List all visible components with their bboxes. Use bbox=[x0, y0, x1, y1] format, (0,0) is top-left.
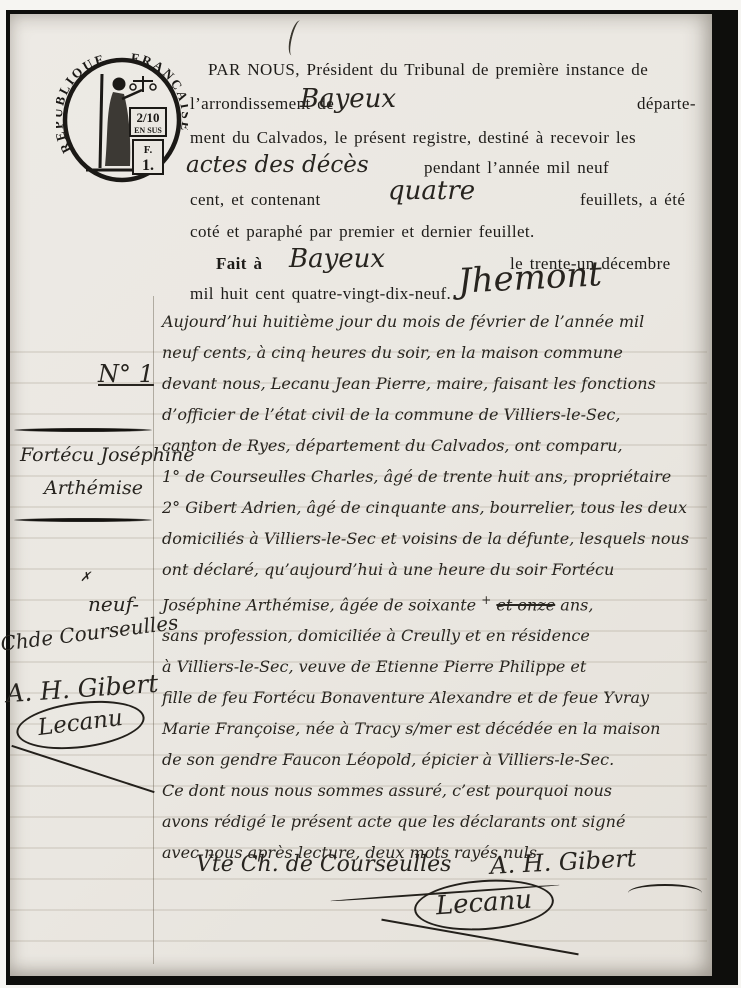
margin-divider-top bbox=[14, 428, 152, 432]
header-line8: mil huit cent quatre-vingt-dix-neuf. bbox=[190, 284, 451, 304]
revenue-stamp-icon: RÉPUBLIQUE FRANÇAISE 2/10 EN SUS F. 1. bbox=[56, 52, 188, 190]
body-line: fille de feu Fortécu Bonaventure Alexand… bbox=[162, 682, 722, 713]
margin-insert-note: neuf- bbox=[88, 592, 139, 616]
stamp-value-tablet: 2/10 EN SUS F. 1. bbox=[130, 108, 166, 174]
body-line: avons rédigé le présent acte que les déc… bbox=[162, 806, 722, 837]
act-body: Aujourd’hui huitième jour du mois de fév… bbox=[162, 306, 722, 868]
header-line2-post: départe- bbox=[637, 94, 696, 114]
fill-fait-a: Bayeux bbox=[289, 244, 385, 274]
body-line: 1° de Courseulles Charles, âgé de trente… bbox=[162, 461, 722, 492]
header-line7-pre: Fait à bbox=[216, 254, 262, 274]
body-line: Ce dont nous nous sommes assuré, c’est p… bbox=[162, 775, 722, 806]
body-line-age-corrected: Joséphine Arthémise, âgée de soixante + … bbox=[162, 585, 722, 620]
age-pre: Joséphine Arthémise, âgée de soixante bbox=[162, 595, 476, 614]
body-line: Aujourd’hui huitième jour du mois de fév… bbox=[162, 306, 722, 337]
body-line: devant nous, Lecanu Jean Pierre, maire, … bbox=[162, 368, 722, 399]
fill-acte-type: actes des décès bbox=[186, 152, 369, 178]
header-line4-post: pendant l’année mil neuf bbox=[424, 158, 609, 178]
mayor-signature-text: Lecanu bbox=[412, 875, 555, 935]
body-line: 2° Gibert Adrien, âgé de cinquante ans, … bbox=[162, 492, 722, 523]
body-line: sans profession, domiciliée à Creully et… bbox=[162, 620, 722, 651]
deceased-name-line2: Arthémise bbox=[44, 477, 143, 499]
body-line: de son gendre Faucon Léopold, épicier à … bbox=[162, 744, 722, 775]
body-line: d’officier de l’état civil de la commune… bbox=[162, 399, 722, 430]
fill-feuillets-count: quatre bbox=[388, 176, 475, 206]
age-insert-mark: + bbox=[481, 593, 491, 607]
stamp-franc-label: F. bbox=[144, 144, 153, 156]
stamp-tax-mid: EN SUS bbox=[134, 126, 162, 135]
mayor-signature: Lecanu bbox=[412, 875, 555, 935]
stamp-tax-top: 2/10 bbox=[136, 110, 159, 125]
header-line5-post: feuillets, a été bbox=[580, 190, 685, 210]
president-signature: Jhemont bbox=[457, 254, 603, 301]
body-line: à Villiers-le-Sec, veuve de Etienne Pier… bbox=[162, 651, 722, 682]
header-line3: ment du Calvados, le présent registre, d… bbox=[190, 128, 636, 148]
fill-arrondissement: Bayeux bbox=[300, 84, 396, 114]
margin-insert-mark: ✗ bbox=[80, 570, 91, 585]
header-line1: PAR NOUS, Président du Tribunal de premi… bbox=[208, 60, 648, 80]
body-line: ont déclaré, qu’aujourd’hui à une heure … bbox=[162, 554, 722, 585]
header-line5-pre: cent, et contenant bbox=[190, 190, 321, 210]
age-struck-words: et onze bbox=[496, 595, 555, 614]
age-post: ans, bbox=[560, 595, 593, 614]
header-line6: coté et paraphé par premier et dernier f… bbox=[190, 222, 535, 242]
margin-divider-bottom bbox=[14, 518, 152, 522]
gibert-paraph-flourish bbox=[628, 884, 702, 902]
body-line: canton de Ryes, département du Calvados,… bbox=[162, 430, 722, 461]
register-page-scan: RÉPUBLIQUE FRANÇAISE 2/10 EN SUS F. 1. bbox=[0, 0, 741, 988]
stamp-franc-value: 1. bbox=[142, 157, 154, 174]
body-line: neuf cents, à cinq heures du soir, en la… bbox=[162, 337, 722, 368]
act-number: N° 1 bbox=[98, 360, 154, 388]
body-line: domiciliés à Villiers-le-Sec et voisins … bbox=[162, 523, 722, 554]
declarant-signature-courseulles: Vte Ch. de Courseulles bbox=[196, 852, 451, 877]
body-line: Marie Françoise, née à Tracy s/mer est d… bbox=[162, 713, 722, 744]
